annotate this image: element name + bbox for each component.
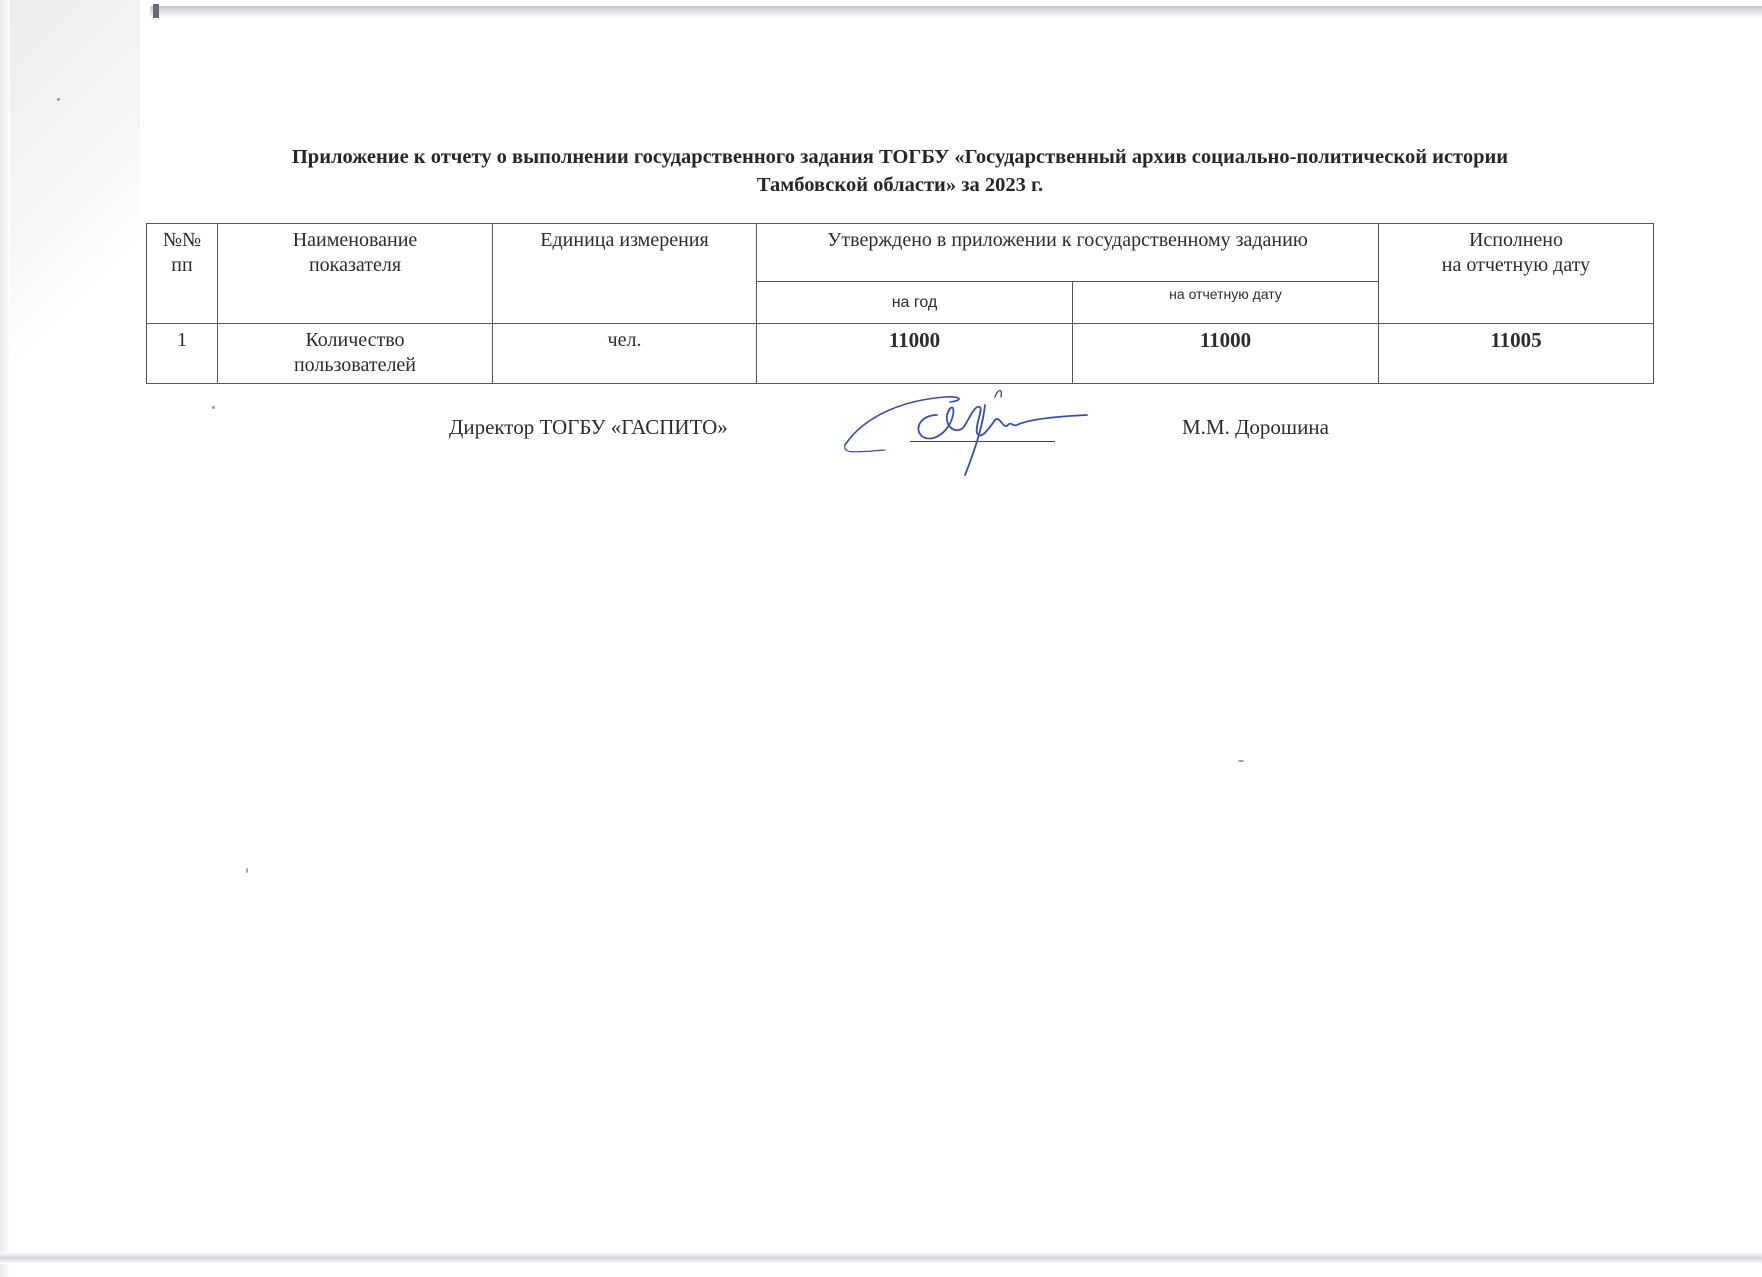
header-unit: Единица измерения [493, 224, 757, 324]
header-name-line-1: Наименование [222, 228, 488, 253]
scan-speck [1238, 760, 1244, 762]
signatory-name: М.М. Дорошина [1182, 415, 1329, 440]
header-name-line-2: показателя [222, 253, 488, 278]
header-approved-report-date: на отчетную дату [1073, 282, 1379, 324]
title-line-1: Приложение к отчету о выполнении государ… [150, 143, 1650, 171]
scan-speck [57, 98, 60, 101]
signatory-position: Директор ТОГБУ «ГАСПИТО» [449, 415, 728, 440]
cell-indicator-name: Количество пользователей [218, 324, 493, 384]
handwritten-signature-icon [825, 375, 1105, 485]
cell-name-line-1: Количество [222, 328, 488, 353]
cell-num: 1 [147, 324, 218, 384]
header-executed-line-2: на отчетную дату [1383, 253, 1649, 278]
header-approved-year: на год [757, 282, 1073, 324]
cell-approved-report-date: 11000 [1073, 324, 1379, 384]
title-line-2: Тамбовской области» за 2023 г. [150, 171, 1650, 199]
cell-executed: 11005 [1379, 324, 1654, 384]
header-num-line-2: пп [151, 253, 213, 278]
header-executed-line-1: Исполнено [1383, 228, 1649, 253]
header-num: №№ пп [147, 224, 218, 324]
cell-unit: чел. [493, 324, 757, 384]
signature-block: Директор ТОГБУ «ГАСПИТО» М.М. Дорошина [0, 415, 1762, 475]
report-table: №№ пп Наименование показателя Единица из… [146, 223, 1654, 384]
scan-shadow-top [150, 6, 1762, 18]
scan-mark [153, 4, 159, 18]
header-row-1: №№ пп Наименование показателя Единица из… [147, 224, 1654, 282]
scan-shadow-bottom [0, 1252, 1762, 1264]
cell-name-line-2: пользователей [222, 353, 488, 378]
document-title: Приложение к отчету о выполнении государ… [150, 143, 1650, 199]
header-executed: Исполнено на отчетную дату [1379, 224, 1654, 324]
scan-speck [212, 406, 215, 409]
header-approved: Утверждено в приложении к государственно… [757, 224, 1379, 282]
header-num-line-1: №№ [151, 228, 213, 253]
scan-speck [246, 868, 248, 873]
scan-shadow-left-edge [0, 0, 10, 1277]
header-indicator-name: Наименование показателя [218, 224, 493, 324]
